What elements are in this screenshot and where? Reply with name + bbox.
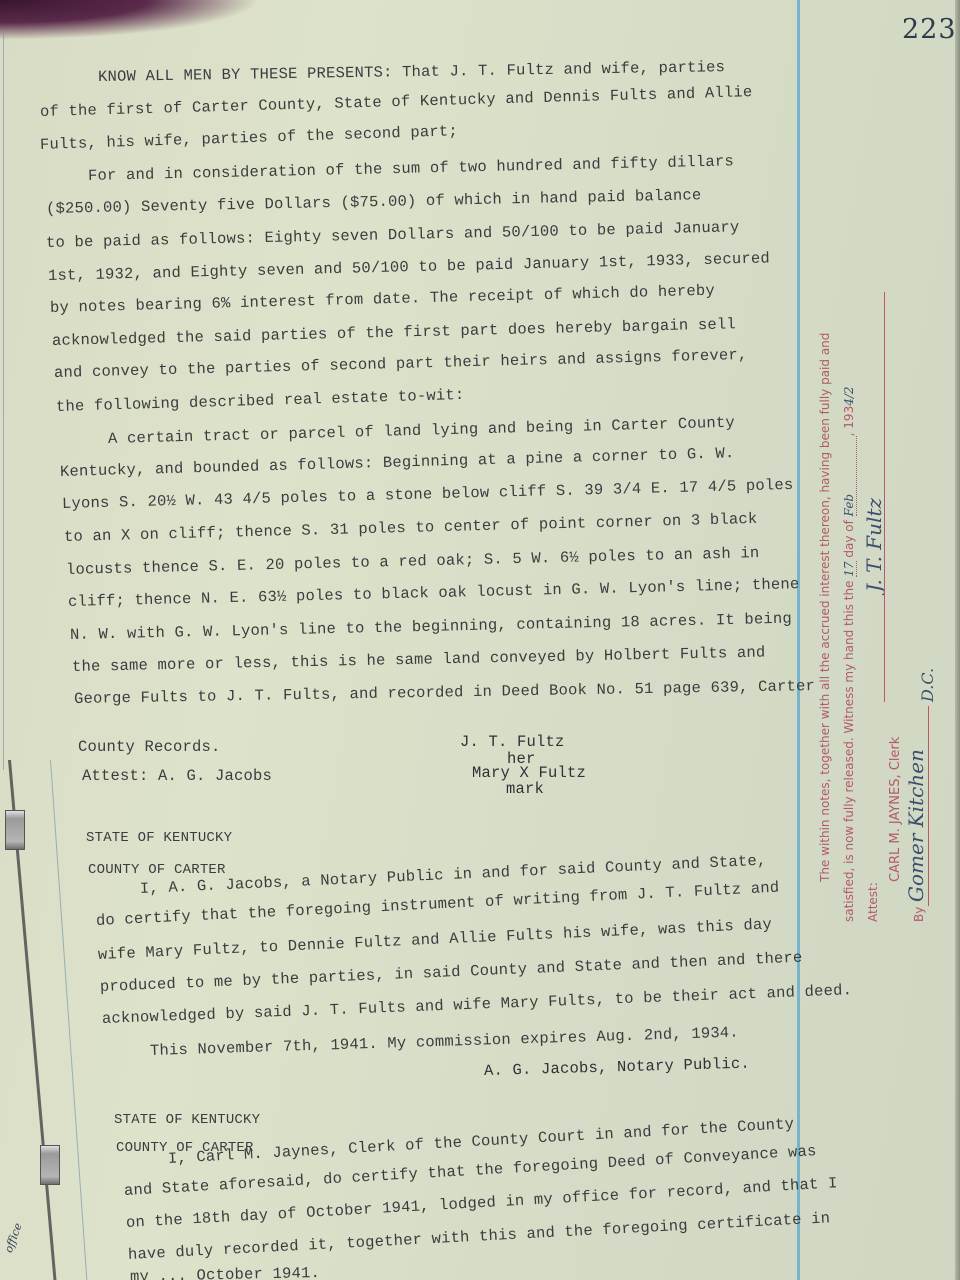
deed-line: Lyons S. 20½ W. 43 4/5 poles to a stone … [62,476,794,513]
release-signature: J. T. Fultz [862,498,886,592]
deed-line: and convey to the parties of second part… [54,346,748,382]
deed-line: Fults, his wife, parties of the second p… [40,122,458,154]
stamp-released-text: satisfied, is now fully released. Witnes… [842,581,856,922]
deed-line: the same more or less, this is he same l… [72,643,766,676]
page-edge [955,0,960,1280]
deed-line: by notes bearing 6% interest from date. … [50,282,715,317]
deed-line: 1st, 1932, and Eighty seven and 50/100 t… [48,249,770,285]
binding-clip-icon [5,810,25,850]
deed-line: KNOW ALL MEN BY THESE PRESENTS: That J. … [98,58,725,86]
attest-line: Attest: A. G. Jacobs [82,767,272,785]
notary-county-heading: COUNTY OF CARTER [88,862,226,878]
deputy-signature: Gomer Kitchen [904,749,928,902]
deed-line: Kentucky, and bounded as follows: Beginn… [60,444,735,481]
binding-note: office [2,1221,25,1254]
deed-line: the following described real estate to-w… [56,386,465,416]
stamp-attest-label: Attest: [866,882,880,922]
deed-line: ($250.00) Seventy five Dollars ($75.00) … [46,186,702,218]
grantor-signature: J. T. Fultz [460,733,565,751]
deed-record-page: office 223 KNOW ALL MEN BY THESE PRESENT… [0,0,960,1280]
stamp-day-label: day of [842,520,856,557]
deed-line: N. W. with G. W. Lyon's line to the begi… [70,610,792,644]
clerk-line: my ... October 1941. [130,1264,320,1280]
stamp-by-label: By [912,907,926,922]
deputy-suffix: D.C. [918,668,937,702]
deed-line: A certain tract or parcel of land lying … [108,414,735,448]
page-curl-shadow [0,0,260,40]
stamp-clerk-name: CARL M. JAYNES, Clerk [888,737,903,882]
release-stamp: The within notes, together with all the … [812,282,942,922]
mark-label: mark [506,780,544,798]
deed-line: to be paid as follows: Eighty seven Doll… [46,218,740,252]
deed-line: George Fults to J. T. Fults, and recorde… [74,677,815,708]
binding-clip-icon [40,1145,60,1185]
stamp-day: 17 [842,561,857,576]
previous-page-margin-line [50,760,87,1280]
deed-line: locusts thence S. E. 20 poles to a red o… [66,544,760,579]
left-margin-rule [3,30,4,770]
deed-line: cliff; thence N. E. 63½ poles to black o… [68,575,800,611]
stamp-line-1: The within notes, together with all the … [818,333,832,882]
notary-signature: A. G. Jacobs, Notary Public. [484,1055,750,1080]
stamp-month: Feb [842,436,857,516]
signature-rule [884,292,885,702]
notary-state-heading: STATE OF KENTUCKY [86,830,232,846]
deed-line: to an X on cliff; thence S. 31 poles to … [64,510,758,546]
stamp-year-prefix: 193 [842,406,856,429]
deed-line: acknowledged the said parties of the fir… [52,315,736,350]
notary-line: This November 7th, 1941. My commission e… [150,1024,739,1060]
deed-line: County Records. [78,738,221,756]
right-margin-rule [797,0,800,1280]
deed-line: For and in consideration of the sum of t… [88,152,734,185]
page-number: 223 [902,14,957,45]
deputy-rule [928,706,929,906]
stamp-year-suffix: 4/2 [842,386,856,405]
deed-line: of the first of Carter County, State of … [40,83,753,121]
book-binding: office [0,760,70,1280]
stamp-line-2: satisfied, is now fully released. Witnes… [842,386,857,922]
clerk-state-heading: STATE OF KENTUCKY [114,1112,260,1128]
